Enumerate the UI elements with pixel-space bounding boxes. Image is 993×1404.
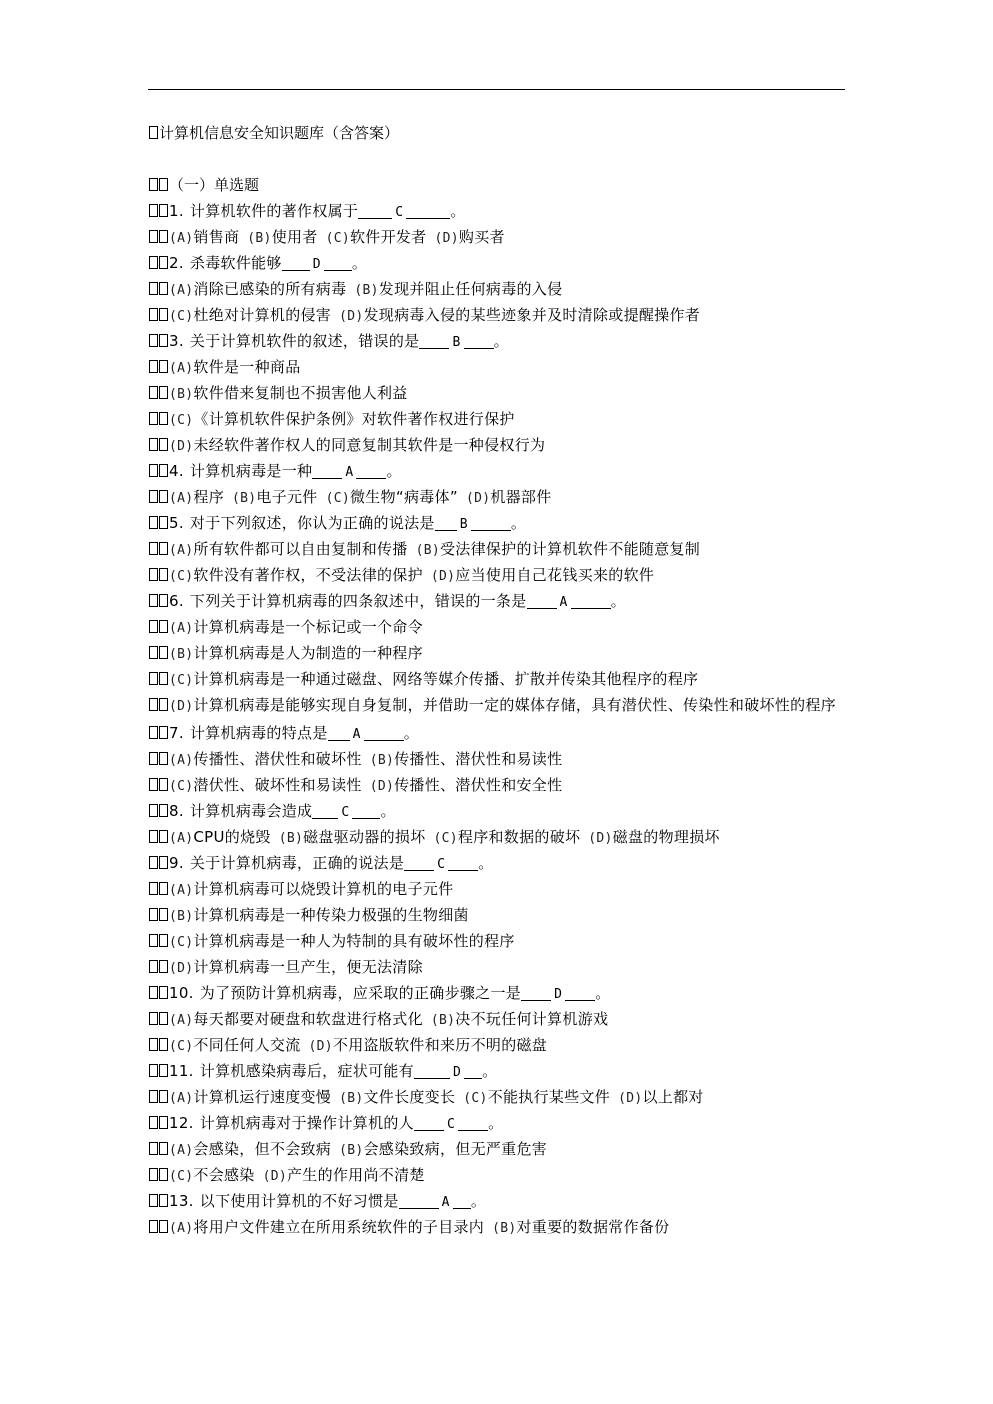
- missing-glyph-icon: [149, 126, 158, 139]
- missing-glyph-icon: [159, 1168, 168, 1181]
- option-text: 计算机病毒是一种传染力极强的生物细菌: [193, 906, 468, 924]
- option-line: (A)CPU的烧毁(B)磁盘驱动器的损坏(C)程序和数据的破坏(D)磁盘的物理损…: [149, 824, 839, 850]
- option-line: (A)计算机病毒是一个标记或一个命令: [149, 614, 839, 640]
- option-text: 未经软件著作权人的同意复制其软件是一种侵权行为: [193, 436, 545, 454]
- option-text: 磁盘驱动器的损坏: [303, 828, 425, 846]
- option-text: 发现病毒入侵的某些迹象并及时清除或提醒操作者: [363, 306, 700, 324]
- option-label: (D): [435, 231, 459, 246]
- missing-glyph-icon: [159, 594, 168, 607]
- option-label: (C): [169, 309, 193, 324]
- option-line: (C)计算机病毒是一种人为特制的具有破坏性的程序: [149, 928, 839, 954]
- option-line: (C)不会感染(D)产生的作用尚不清楚: [149, 1162, 839, 1188]
- option-label: (B): [339, 1143, 363, 1158]
- missing-glyph-icon: [149, 960, 158, 973]
- missing-glyph-icon: [149, 646, 158, 659]
- option-label: (C): [326, 231, 350, 246]
- missing-glyph-icon: [149, 516, 158, 529]
- answer-blank: [521, 984, 551, 1001]
- missing-glyph-icon: [149, 204, 158, 217]
- answer-blank: [464, 332, 494, 349]
- option-line: (D)未经软件著作权人的同意复制其软件是一种侵权行为: [149, 432, 839, 458]
- option-line: (B)软件借来复制也不损害他人利益: [149, 380, 839, 406]
- missing-glyph-icon: [159, 334, 168, 347]
- question-stem: 4.计算机病毒是一种A。: [149, 458, 839, 484]
- question-text: 计算机感染病毒后，症状可能有: [200, 1062, 414, 1080]
- option-text: 传播性、潜伏性和破坏性: [193, 750, 361, 768]
- option-text: 程序: [193, 488, 224, 506]
- option-text: 所有软件都可以自由复制和传播: [193, 540, 407, 558]
- option-line: (A)消除已感染的所有病毒(B)发现并阻止任何病毒的入侵: [149, 276, 839, 302]
- option-line: (A)软件是一种商品: [149, 354, 839, 380]
- option-text: 产生的作用尚不清楚: [287, 1166, 425, 1184]
- question-stem: 9.关于计算机病毒，正确的说法是C。: [149, 850, 839, 876]
- option-text: 不能执行某些文件: [488, 1088, 610, 1106]
- answer-blank: [419, 332, 449, 349]
- document-body: 计算机信息安全知识题库（含答案） （一）单选题 1.计算机软件的著作权属于C。(…: [149, 120, 839, 1240]
- question-stem: 12.计算机病毒对于操作计算机的人C。: [149, 1110, 839, 1136]
- answer-blank: [453, 1192, 471, 1209]
- option-label: (A): [169, 231, 193, 246]
- option-text: 不会感染: [193, 1166, 254, 1184]
- option-label: (A): [169, 283, 193, 298]
- option-label: (A): [169, 1091, 193, 1106]
- answer-letter: B: [457, 517, 471, 532]
- question-stem: 7.计算机病毒的特点是A。: [149, 720, 839, 746]
- title-text: 计算机信息安全知识题库（含答案）: [159, 124, 399, 142]
- option-text: 软件开发者: [350, 228, 427, 246]
- option-line: (A)计算机病毒可以烧毁计算机的电子元件: [149, 876, 839, 902]
- answer-blank: [406, 202, 450, 219]
- question-number: 11.: [169, 1062, 194, 1080]
- option-text: 计算机病毒是一种人为特制的具有破坏性的程序: [193, 932, 514, 950]
- missing-glyph-icon: [149, 282, 158, 295]
- option-label: (A): [169, 1143, 193, 1158]
- missing-glyph-icon: [149, 620, 158, 633]
- answer-letter: C: [392, 205, 406, 220]
- option-line: (A)将用户文件建立在所用系统软件的子目录内(B)对重要的数据常作备份: [149, 1214, 839, 1240]
- missing-glyph-icon: [149, 1012, 158, 1025]
- option-label: (A): [169, 543, 193, 558]
- option-label: (D): [339, 309, 363, 324]
- answer-blank: [404, 854, 434, 871]
- missing-glyph-icon: [149, 752, 158, 765]
- question-stem: 13.以下使用计算机的不好习惯是A。: [149, 1188, 839, 1214]
- question-number: 4.: [169, 462, 184, 480]
- answer-blank: [364, 724, 404, 741]
- answer-blank: [571, 592, 611, 609]
- option-text: 消除已感染的所有病毒: [193, 280, 346, 298]
- option-label: (A): [169, 883, 193, 898]
- question-number: 6.: [169, 592, 184, 610]
- option-text: 程序和数据的破坏: [458, 828, 580, 846]
- option-text: CPU的烧毁: [193, 828, 270, 846]
- missing-glyph-icon: [149, 230, 158, 243]
- option-line: (A)销售商(B)使用者(C)软件开发者(D)购买者: [149, 224, 839, 250]
- missing-glyph-icon: [159, 1116, 168, 1129]
- missing-glyph-icon: [159, 698, 168, 711]
- missing-glyph-icon: [149, 542, 158, 555]
- period: 。: [478, 854, 493, 872]
- option-line: (A)程序(B)电子元件(C)微生物“病毒体”(D)机器部件: [149, 484, 839, 510]
- question-number: 5.: [169, 514, 184, 532]
- option-line: (B)计算机病毒是人为制造的一种程序: [149, 640, 839, 666]
- answer-blank: [356, 462, 386, 479]
- missing-glyph-icon: [149, 1116, 158, 1129]
- missing-glyph-icon: [159, 1038, 168, 1051]
- option-text: 不用盗版软件和来历不明的磁盘: [333, 1036, 547, 1054]
- option-label: (C): [169, 673, 193, 688]
- question-number: 7.: [169, 724, 184, 742]
- missing-glyph-icon: [149, 464, 158, 477]
- period: 。: [450, 202, 465, 220]
- missing-glyph-icon: [159, 646, 168, 659]
- period: 。: [494, 332, 509, 350]
- missing-glyph-icon: [149, 778, 158, 791]
- missing-glyph-icon: [159, 830, 168, 843]
- answer-blank: [414, 1062, 450, 1079]
- answer-letter: A: [557, 595, 571, 610]
- missing-glyph-icon: [159, 672, 168, 685]
- missing-glyph-icon: [149, 1038, 158, 1051]
- section-heading: （一）单选题: [149, 172, 839, 198]
- option-line: (C)软件没有著作权，不受法律的保护(D)应当使用自己花钱买来的软件: [149, 562, 839, 588]
- missing-glyph-icon: [149, 594, 158, 607]
- missing-glyph-icon: [149, 334, 158, 347]
- missing-glyph-icon: [159, 1220, 168, 1233]
- option-label: (A): [169, 1013, 193, 1028]
- missing-glyph-icon: [149, 856, 158, 869]
- answer-blank: [414, 1114, 444, 1131]
- option-text: 磁盘的物理损坏: [613, 828, 720, 846]
- option-label: (D): [431, 569, 455, 584]
- option-line: (C)潜伏性、破坏性和易读性(D)传播性、潜伏性和安全性: [149, 772, 839, 798]
- missing-glyph-icon: [149, 672, 158, 685]
- option-label: (A): [169, 361, 193, 376]
- option-label: (B): [431, 1013, 455, 1028]
- option-label: (D): [588, 831, 612, 846]
- option-label: (B): [247, 231, 271, 246]
- missing-glyph-icon: [159, 438, 168, 451]
- option-label: (B): [339, 1091, 363, 1106]
- missing-glyph-icon: [159, 1012, 168, 1025]
- option-label: (C): [169, 569, 193, 584]
- question-text: 关于计算机软件的叙述，错误的是: [190, 332, 420, 350]
- option-text: 文件长度变长: [363, 1088, 455, 1106]
- missing-glyph-icon: [159, 986, 168, 999]
- option-label: (B): [232, 491, 256, 506]
- option-text: 计算机运行速度变慢: [193, 1088, 331, 1106]
- option-text: 杜绝对计算机的侵害: [193, 306, 331, 324]
- option-text: 软件借来复制也不损害他人利益: [193, 384, 407, 402]
- option-text: 对重要的数据常作备份: [516, 1218, 669, 1236]
- option-line: (A)会感染，但不会致病(B)会感染致病，但无严重危害: [149, 1136, 839, 1162]
- question-number: 3.: [169, 332, 184, 350]
- option-line: (A)传播性、潜伏性和破坏性(B)传播性、潜伏性和易读性: [149, 746, 839, 772]
- missing-glyph-icon: [159, 726, 168, 739]
- answer-blank: [527, 592, 557, 609]
- option-label: (B): [416, 543, 440, 558]
- missing-glyph-icon: [149, 256, 158, 269]
- option-label: (B): [492, 1221, 516, 1236]
- question-number: 10.: [169, 984, 194, 1002]
- option-line: (C)计算机病毒是一种通过磁盘、网络等媒介传播、扩散并传染其他程序的程序: [149, 666, 839, 692]
- option-text: 使用者: [272, 228, 318, 246]
- missing-glyph-icon: [149, 178, 158, 191]
- question-stem: 8.计算机病毒会造成C。: [149, 798, 839, 824]
- question-text: 计算机病毒会造成: [190, 802, 312, 820]
- answer-letter: C: [434, 857, 448, 872]
- answer-blank: [464, 1062, 482, 1079]
- missing-glyph-icon: [159, 360, 168, 373]
- answer-blank: [471, 514, 511, 531]
- answer-letter: D: [450, 1065, 464, 1080]
- missing-glyph-icon: [159, 856, 168, 869]
- missing-glyph-icon: [159, 308, 168, 321]
- missing-glyph-icon: [149, 986, 158, 999]
- question-number: 9.: [169, 854, 184, 872]
- option-label: (D): [169, 439, 193, 454]
- missing-glyph-icon: [149, 386, 158, 399]
- missing-glyph-icon: [159, 752, 168, 765]
- missing-glyph-icon: [159, 490, 168, 503]
- question-text: 为了预防计算机病毒，应采取的正确步骤之一是: [200, 984, 521, 1002]
- period: 。: [380, 802, 395, 820]
- option-text: 受法律保护的计算机软件不能随意复制: [440, 540, 700, 558]
- question-text: 以下使用计算机的不好习惯是: [200, 1192, 399, 1210]
- option-label: (D): [263, 1169, 287, 1184]
- missing-glyph-icon: [159, 908, 168, 921]
- missing-glyph-icon: [149, 490, 158, 503]
- option-text: 软件是一种商品: [193, 358, 300, 376]
- option-label: (C): [169, 1039, 193, 1054]
- answer-letter: D: [310, 257, 324, 272]
- option-text: 潜伏性、破坏性和易读性: [193, 776, 361, 794]
- option-label: (A): [169, 831, 193, 846]
- document-title: 计算机信息安全知识题库（含答案）: [149, 120, 839, 146]
- option-label: (C): [169, 935, 193, 950]
- question-stem: 5.对于下列叙述，你认为正确的说法是B。: [149, 510, 839, 536]
- question-number: 12.: [169, 1114, 194, 1132]
- missing-glyph-icon: [159, 412, 168, 425]
- answer-blank: [435, 514, 457, 531]
- period: 。: [595, 984, 610, 1002]
- option-label: (D): [370, 779, 394, 794]
- question-number: 2.: [169, 254, 184, 272]
- question-text: 杀毒软件能够: [190, 254, 282, 272]
- missing-glyph-icon: [159, 1064, 168, 1077]
- period: 。: [471, 1192, 486, 1210]
- missing-glyph-icon: [159, 230, 168, 243]
- option-line: (D)计算机病毒是能够实现自身复制，并借助一定的媒体存储，具有潜伏性、传染性和破…: [149, 692, 839, 720]
- answer-blank: [448, 854, 478, 871]
- option-label: (D): [169, 961, 193, 976]
- option-label: (B): [354, 283, 378, 298]
- missing-glyph-icon: [149, 1168, 158, 1181]
- question-stem: 6.下列关于计算机病毒的四条叙述中，错误的一条是A。: [149, 588, 839, 614]
- option-line: (A)计算机运行速度变慢(B)文件长度变长(C)不能执行某些文件(D)以上都对: [149, 1084, 839, 1110]
- missing-glyph-icon: [149, 1090, 158, 1103]
- option-label: (B): [169, 909, 193, 924]
- missing-glyph-icon: [159, 620, 168, 633]
- option-text: 应当使用自己花钱买来的软件: [455, 566, 654, 584]
- option-text: 《计算机软件保护条例》对软件著作权进行保护: [193, 410, 514, 428]
- period: 。: [404, 724, 419, 742]
- option-text: 传播性、潜伏性和安全性: [394, 776, 562, 794]
- option-line: (C)《计算机软件保护条例》对软件著作权进行保护: [149, 406, 839, 432]
- option-label: (A): [169, 621, 193, 636]
- option-text: 将用户文件建立在所用系统软件的子目录内: [193, 1218, 484, 1236]
- option-text: 传播性、潜伏性和易读性: [394, 750, 562, 768]
- missing-glyph-icon: [149, 934, 158, 947]
- option-line: (C)不同任何人交流(D)不用盗版软件和来历不明的磁盘: [149, 1032, 839, 1058]
- answer-letter: A: [350, 727, 364, 742]
- question-text: 关于计算机病毒，正确的说法是: [190, 854, 404, 872]
- missing-glyph-icon: [159, 178, 168, 191]
- answer-blank: [324, 254, 352, 271]
- question-text: 计算机软件的著作权属于: [190, 202, 358, 220]
- option-label: (D): [466, 491, 490, 506]
- answer-blank: [352, 802, 380, 819]
- answer-blank: [565, 984, 595, 1001]
- missing-glyph-icon: [149, 568, 158, 581]
- option-label: (B): [279, 831, 303, 846]
- question-stem: 11.计算机感染病毒后，症状可能有D。: [149, 1058, 839, 1084]
- option-text: 电子元件: [256, 488, 317, 506]
- missing-glyph-icon: [159, 542, 168, 555]
- missing-glyph-icon: [159, 1194, 168, 1207]
- option-label: (B): [169, 387, 193, 402]
- answer-blank: [458, 1114, 488, 1131]
- option-label: (A): [169, 753, 193, 768]
- answer-letter: C: [338, 805, 352, 820]
- answer-blank: [358, 202, 392, 219]
- missing-glyph-icon: [149, 438, 158, 451]
- question-text: 计算机病毒的特点是: [190, 724, 328, 742]
- answer-blank: [312, 462, 342, 479]
- period: 。: [511, 514, 526, 532]
- answer-blank: [399, 1192, 439, 1209]
- option-text: 计算机病毒是一种通过磁盘、网络等媒介传播、扩散并传染其他程序的程序: [193, 670, 698, 688]
- question-stem: 1.计算机软件的著作权属于C。: [149, 198, 839, 224]
- answer-blank: [312, 802, 338, 819]
- answer-letter: A: [342, 465, 356, 480]
- option-text: 计算机病毒是能够实现自身复制，并借助一定的媒体存储，具有潜伏性、传染性和破坏性的…: [193, 696, 836, 714]
- option-line: (C)杜绝对计算机的侵害(D)发现病毒入侵的某些迹象并及时清除或提醒操作者: [149, 302, 839, 328]
- option-label: (C): [326, 491, 350, 506]
- missing-glyph-icon: [159, 256, 168, 269]
- missing-glyph-icon: [159, 282, 168, 295]
- missing-glyph-icon: [149, 308, 158, 321]
- option-label: (B): [169, 647, 193, 662]
- option-text: 购买者: [459, 228, 505, 246]
- missing-glyph-icon: [159, 804, 168, 817]
- option-line: (B)计算机病毒是一种传染力极强的生物细菌: [149, 902, 839, 928]
- missing-glyph-icon: [159, 934, 168, 947]
- option-label: (C): [169, 413, 193, 428]
- period: 。: [611, 592, 626, 610]
- period: 。: [352, 254, 367, 272]
- option-line: (D)计算机病毒一旦产生，便无法清除: [149, 954, 839, 980]
- question-text: 对于下列叙述，你认为正确的说法是: [190, 514, 435, 532]
- option-label: (D): [309, 1039, 333, 1054]
- option-text: 会感染，但不会致病: [193, 1140, 331, 1158]
- header-rule: [148, 89, 845, 90]
- section-text: （一）单选题: [169, 176, 259, 194]
- question-number: 13.: [169, 1192, 194, 1210]
- question-stem: 2.杀毒软件能够D。: [149, 250, 839, 276]
- option-label: (D): [169, 699, 193, 714]
- question-text: 计算机病毒是一种: [190, 462, 312, 480]
- option-text: 计算机病毒是一个标记或一个命令: [193, 618, 423, 636]
- missing-glyph-icon: [159, 882, 168, 895]
- option-text: 以上都对: [642, 1088, 703, 1106]
- option-label: (B): [370, 753, 394, 768]
- answer-blank: [282, 254, 310, 271]
- answer-letter: D: [551, 987, 565, 1002]
- option-text: 销售商: [193, 228, 239, 246]
- question-number: 1.: [169, 202, 184, 220]
- question-text: 下列关于计算机病毒的四条叙述中，错误的一条是: [190, 592, 527, 610]
- option-label: (C): [463, 1091, 487, 1106]
- question-stem: 10.为了预防计算机病毒，应采取的正确步骤之一是D。: [149, 980, 839, 1006]
- missing-glyph-icon: [149, 882, 158, 895]
- missing-glyph-icon: [159, 960, 168, 973]
- missing-glyph-icon: [159, 386, 168, 399]
- option-label: (C): [169, 1169, 193, 1184]
- missing-glyph-icon: [149, 1194, 158, 1207]
- missing-glyph-icon: [159, 778, 168, 791]
- question-stem: 3.关于计算机软件的叙述，错误的是B。: [149, 328, 839, 354]
- missing-glyph-icon: [149, 360, 158, 373]
- answer-letter: A: [439, 1195, 453, 1210]
- option-text: 计算机病毒一旦产生，便无法清除: [193, 958, 423, 976]
- option-text: 微生物“病毒体”: [350, 488, 458, 506]
- option-text: 不同任何人交流: [193, 1036, 300, 1054]
- option-text: 发现并阻止任何病毒的入侵: [379, 280, 563, 298]
- option-text: 会感染致病，但无严重危害: [363, 1140, 547, 1158]
- period: 。: [482, 1062, 497, 1080]
- option-line: (A)每天都要对硬盘和软盘进行格式化(B)决不玩任何计算机游戏: [149, 1006, 839, 1032]
- option-text: 软件没有著作权，不受法律的保护: [193, 566, 423, 584]
- missing-glyph-icon: [159, 568, 168, 581]
- option-label: (C): [169, 779, 193, 794]
- option-text: 计算机病毒可以烧毁计算机的电子元件: [193, 880, 453, 898]
- option-text: 计算机病毒是人为制造的一种程序: [193, 644, 423, 662]
- missing-glyph-icon: [149, 830, 158, 843]
- answer-letter: B: [449, 335, 463, 350]
- missing-glyph-icon: [159, 464, 168, 477]
- missing-glyph-icon: [149, 698, 158, 711]
- missing-glyph-icon: [159, 1090, 168, 1103]
- missing-glyph-icon: [149, 1064, 158, 1077]
- missing-glyph-icon: [159, 204, 168, 217]
- option-label: (A): [169, 1221, 193, 1236]
- question-list: 1.计算机软件的著作权属于C。(A)销售商(B)使用者(C)软件开发者(D)购买…: [149, 198, 839, 1240]
- period: 。: [386, 462, 401, 480]
- option-text: 决不玩任何计算机游戏: [455, 1010, 608, 1028]
- question-number: 8.: [169, 802, 184, 820]
- option-label: (C): [434, 831, 458, 846]
- period: 。: [488, 1114, 503, 1132]
- option-text: 机器部件: [490, 488, 551, 506]
- missing-glyph-icon: [149, 726, 158, 739]
- missing-glyph-icon: [149, 1142, 158, 1155]
- missing-glyph-icon: [149, 412, 158, 425]
- missing-glyph-icon: [159, 516, 168, 529]
- option-text: 每天都要对硬盘和软盘进行格式化: [193, 1010, 423, 1028]
- missing-glyph-icon: [149, 1220, 158, 1233]
- option-line: (A)所有软件都可以自由复制和传播(B)受法律保护的计算机软件不能随意复制: [149, 536, 839, 562]
